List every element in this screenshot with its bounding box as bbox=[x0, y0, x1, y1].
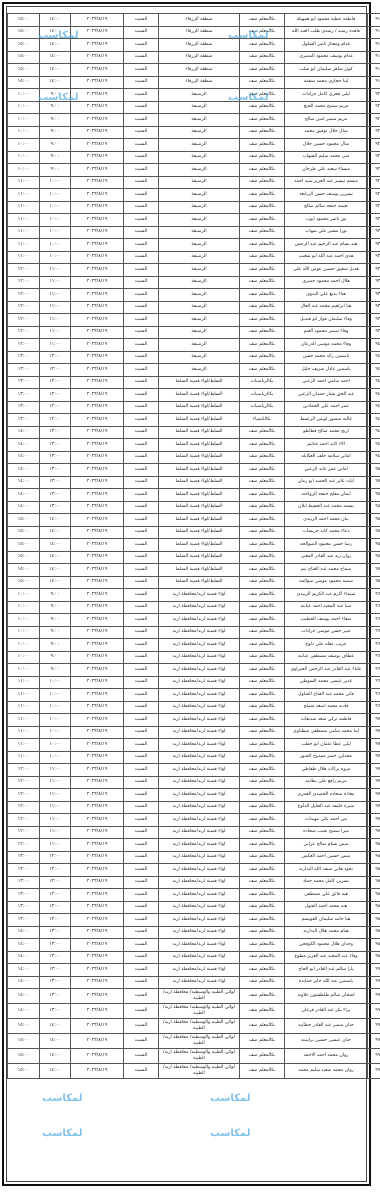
specialization-cell: بكالرياضيات bbox=[240, 389, 285, 402]
row-number-cell: ٩٣٦ bbox=[368, 289, 380, 302]
time-to-cell: ١١:٠٠ bbox=[8, 739, 40, 752]
table-row: ٩٤٢ياسمين عادل شريف خليلبكالمعلم صفالرصي… bbox=[8, 364, 380, 377]
time-to-cell: ١١:٠٠ bbox=[8, 251, 40, 264]
time-to-cell: ١٤:٠٠ bbox=[8, 439, 40, 452]
row-number-cell: ٩٥٧ bbox=[368, 551, 380, 564]
row-number-cell: ٩٣٠ bbox=[368, 214, 380, 227]
teacher-name-cell: عمر احمد علي الحمادين bbox=[285, 401, 368, 414]
specialization-cell: بكالمعلم صف bbox=[240, 151, 285, 164]
exam-date-cell: ٢٠٢٣/٨/١٩ bbox=[71, 489, 124, 502]
table-row: ٩٨١ميس حسين احمد العكشبكالمعلم صفلواء قص… bbox=[8, 851, 380, 864]
directorate-cell: الرصيفة bbox=[159, 276, 240, 289]
teacher-name-cell: ميس بسام صالح عرابي bbox=[285, 839, 368, 852]
specialization-cell: بكالمعلم صف bbox=[240, 476, 285, 489]
exam-day-cell: السبت bbox=[124, 464, 159, 477]
row-number-cell: ٩٥٩ bbox=[368, 576, 380, 589]
row-number-cell: ٩٩٣ bbox=[368, 1004, 380, 1019]
row-number-cell: ٩٤٩ bbox=[368, 451, 380, 464]
row-number-cell: ٩٦٤ bbox=[368, 639, 380, 652]
specialization-cell: بكالمعلم صف bbox=[240, 439, 285, 452]
row-number-cell: ٩٤٠ bbox=[368, 339, 380, 352]
exam-day-cell: السبت bbox=[124, 776, 159, 789]
specialization-cell: بكالمعلم صف bbox=[240, 89, 285, 102]
teacher-name-cell: ميسم تيسير عبد العزيز سيد احمد bbox=[285, 176, 368, 189]
row-number-cell: ٩١٨ bbox=[368, 64, 380, 77]
time-to-cell: ١٤:٠٠ bbox=[8, 939, 40, 952]
exam-date-cell: ٢٠٢٣/٨/١٩ bbox=[71, 226, 124, 239]
teacher-name-cell: صفاء احمد يوسف الخطيب bbox=[285, 614, 368, 627]
time-from-cell: ٩:٠٠ bbox=[40, 589, 71, 602]
directorate-cell: لواء قصبة اربد/محافظة اربد bbox=[159, 864, 240, 877]
directorate-cell: لواء قصبة اربد/محافظة اربد bbox=[159, 901, 240, 914]
row-number-cell: ٩٢١ bbox=[368, 101, 380, 114]
teacher-name-cell: بسمه محمد عبد الحفيظ ابلان bbox=[285, 501, 368, 514]
specialization-cell: بكالرياضيات bbox=[240, 376, 285, 389]
directorate-cell: السلط/لواء قصبة السلط bbox=[159, 539, 240, 552]
table-row: ٩٣٨وفاء سليمان فواز ابو قنديلبكالمعلم صف… bbox=[8, 314, 380, 327]
time-from-cell: ١٤:٠٠ bbox=[40, 526, 71, 539]
table-row: ٩٩١ياسمين عبد الله جابر حمايدهبكالمعلم ص… bbox=[8, 976, 380, 989]
time-to-cell: ١٠:٠٠ bbox=[8, 126, 40, 139]
teacher-name-cell: مجدلين خضر ممدوح الجبور bbox=[285, 751, 368, 764]
directorate-cell: الرصيفة bbox=[159, 301, 240, 314]
exam-day-cell: السبت bbox=[124, 939, 159, 952]
directorate-cell: لواء قصبة اربد/محافظة اربد bbox=[159, 851, 240, 864]
directorate-cell: لواء قصبة اربد/محافظة اربد bbox=[159, 676, 240, 689]
exam-day-cell: السبت bbox=[124, 401, 159, 414]
directorate-cell: لواء قصبة اربد/محافظة اربد bbox=[159, 601, 240, 614]
teacher-name-cell: غدام ومعتاز ناصر الشلول bbox=[285, 39, 368, 52]
exam-date-cell: ٢٠٢٣/٨/١٩ bbox=[71, 501, 124, 514]
time-from-cell: ١٤:٠٠ bbox=[40, 14, 71, 27]
row-number-cell: ٩٨٠ bbox=[368, 839, 380, 852]
table-row: ٩٤٧اريج محمد صالح قطاطوبكالمعلم صفالسلط/… bbox=[8, 426, 380, 439]
time-to-cell: ١٠:٠٠ bbox=[8, 639, 40, 652]
row-number-cell: ٩٤٣ bbox=[368, 376, 380, 389]
row-number-cell: ٩٦٨ bbox=[368, 689, 380, 702]
row-number-cell: ٩٧٧ bbox=[368, 801, 380, 814]
exam-day-cell: السبت bbox=[124, 326, 159, 339]
specialization-cell: بكالمعلم صف bbox=[240, 751, 285, 764]
exam-day-cell: السبت bbox=[124, 601, 159, 614]
time-from-cell: ١٠:٠٠ bbox=[40, 701, 71, 714]
row-number-cell: ٩٨١ bbox=[368, 851, 380, 864]
time-from-cell: ١٣:٠٠ bbox=[40, 989, 71, 1004]
row-number-cell: ٩٥٠ bbox=[368, 464, 380, 477]
row-number-cell: ٩٨٥ bbox=[368, 901, 380, 914]
specialization-cell: بكالمعلم صف bbox=[240, 101, 285, 114]
specialization-cell: بكالمعلم صف bbox=[240, 764, 285, 777]
time-from-cell: ١٣:٠٠ bbox=[40, 926, 71, 939]
table-row: ٩١٩لينا حجازي محمد شقمةبكالمعلم صفمنطقة … bbox=[8, 76, 380, 89]
specialization-cell: بكالمعلم صف bbox=[240, 1034, 285, 1049]
teacher-name-cell: نورا مشير علي شهاب bbox=[285, 226, 368, 239]
directorate-cell: لواء قصبة اربد/محافظة اربد bbox=[159, 664, 240, 677]
row-number-cell: ٩٣٨ bbox=[368, 314, 380, 327]
exam-date-cell: ٢٠٢٣/٨/١٩ bbox=[71, 1004, 124, 1019]
time-to-cell: ١٢:٠٠ bbox=[8, 839, 40, 852]
time-from-cell: ١٤:٠٠ bbox=[40, 564, 71, 577]
teacher-name-cell: نسرين كامل محمد حماد bbox=[285, 876, 368, 889]
specialization-cell: بكالمعلم صف bbox=[240, 364, 285, 377]
directorate-cell: لواء قصبة اربد/محافظة اربد bbox=[159, 926, 240, 939]
specialization-cell: بكالمعلم صف bbox=[240, 789, 285, 802]
specialization-cell: بكالمعلم صف bbox=[240, 351, 285, 364]
teacher-name-cell: عبد الحق بشار حمدان الزعبي bbox=[285, 389, 368, 402]
row-number-cell: ٩٨٤ bbox=[368, 889, 380, 902]
time-from-cell: ١٤:٠٠ bbox=[40, 551, 71, 564]
directorate-cell: منطقة الزرقاء bbox=[159, 64, 240, 77]
time-from-cell: ٩:٠٠ bbox=[40, 101, 71, 114]
table-row: ٩٩٣براء بكر عبد القادر قرعانبكالمعلم صفل… bbox=[8, 1004, 380, 1019]
teacher-name-cell: وفاء سمير محمود القيم bbox=[285, 326, 368, 339]
exam-day-cell: السبت bbox=[124, 551, 159, 564]
directorate-cell: الرصيفة bbox=[159, 339, 240, 352]
row-number-cell: ٩١٩ bbox=[368, 76, 380, 89]
exam-day-cell: السبت bbox=[124, 926, 159, 939]
exam-date-cell: ٢٠٢٣/٨/١٩ bbox=[71, 326, 124, 339]
time-to-cell: ١٢:٠٠ bbox=[8, 301, 40, 314]
specialization-cell: بكالمعلم صف bbox=[240, 814, 285, 827]
specialization-cell: بكالمعلم صف bbox=[240, 251, 285, 264]
specialization-cell: بكالمعلم صف bbox=[240, 539, 285, 552]
teacher-name-cell: اشجان سالم طلطشون علاونه bbox=[285, 989, 368, 1004]
time-to-cell: ١٣:٠٠ bbox=[8, 401, 40, 414]
directorate-cell: الرصيفة bbox=[159, 214, 240, 227]
specialization-cell: بكالمعلم صف bbox=[240, 114, 285, 127]
table-row: ٩٦٦علياء عبد القادر عبد الرحمن الحيزاويب… bbox=[8, 664, 380, 677]
teacher-name-cell: روان زيد عبد القادر المعنى bbox=[285, 551, 368, 564]
table-row: ٩٨٤هبه فائق علي مصطفىبكالمعلم صفلواء قصب… bbox=[8, 889, 380, 902]
specialization-cell: بكالمعلم صف bbox=[240, 14, 285, 27]
time-to-cell: ١٠:٠٠ bbox=[8, 651, 40, 664]
specialization-cell: بكالمعلم صف bbox=[240, 951, 285, 964]
time-to-cell: ١٥:٠٠ bbox=[8, 51, 40, 64]
row-number-cell: ٩٨٧ bbox=[368, 926, 380, 939]
time-to-cell: ١٥:٠٠ bbox=[8, 14, 40, 27]
exam-date-cell: ٢٠٢٣/٨/١٩ bbox=[71, 964, 124, 977]
exam-day-cell: السبت bbox=[124, 414, 159, 427]
row-number-cell: ٩٧٢ bbox=[368, 739, 380, 752]
exam-day-cell: السبت bbox=[124, 314, 159, 327]
directorate-cell: الرصيفة bbox=[159, 314, 240, 327]
specialization-cell: بكالمعلم صف bbox=[240, 1064, 285, 1079]
exam-date-cell: ٢٠٢٣/٨/١٩ bbox=[71, 476, 124, 489]
time-from-cell: ١٣:٠٠ bbox=[40, 439, 71, 452]
time-to-cell: ١٤:٠٠ bbox=[8, 976, 40, 989]
directorate-cell: السلط/لواء قصبة السلط bbox=[159, 551, 240, 564]
specialization-cell: بكالمعلم صف bbox=[240, 276, 285, 289]
exam-day-cell: السبت bbox=[124, 976, 159, 989]
teacher-name-cell: هبه بسام عبد الرحيم عبد الرحمن bbox=[285, 239, 368, 252]
directorate-cell: الرصيفة bbox=[159, 89, 240, 102]
specialization-cell: بكالمعلم صف bbox=[240, 51, 285, 64]
specialization-cell: بكالمعلم صف bbox=[240, 289, 285, 302]
exam-date-cell: ٢٠٢٣/٨/١٩ bbox=[71, 114, 124, 127]
row-number-cell: ٩٣٩ bbox=[368, 326, 380, 339]
teacher-name-cell: منى محمد سليم الشهاب bbox=[285, 151, 368, 164]
specialization-cell: بكالمعلم صف bbox=[240, 64, 285, 77]
exam-day-cell: السبت bbox=[124, 589, 159, 602]
time-to-cell: ١١:٠٠ bbox=[8, 226, 40, 239]
teacher-name-cell: نسرين يوسف حسن الربابعه bbox=[285, 189, 368, 202]
teacher-name-cell: اريج محمد صالح قطاطو bbox=[285, 426, 368, 439]
exam-date-cell: ٢٠٢٣/٨/١٩ bbox=[71, 726, 124, 739]
time-to-cell: ١٤:٠٠ bbox=[8, 476, 40, 489]
teacher-name-cell: منيره خليفه عبد الجليل الدلوع bbox=[285, 801, 368, 814]
exam-date-cell: ٢٠٢٣/٨/١٩ bbox=[71, 1064, 124, 1079]
exam-day-cell: السبت bbox=[124, 489, 159, 502]
table-row: ٩٤١ياسمين رائد محمد حسنبكالمعلم صفالرصيف… bbox=[8, 351, 380, 364]
time-from-cell: ١٠:٠٠ bbox=[40, 226, 71, 239]
row-number-cell: ٩٢٢ bbox=[368, 114, 380, 127]
exam-day-cell: السبت bbox=[124, 351, 159, 364]
exam-date-cell: ٢٠٢٣/٨/١٩ bbox=[71, 789, 124, 802]
specialization-cell: بكالمعلم صف bbox=[240, 526, 285, 539]
exam-date-cell: ٢٠٢٣/٨/١٩ bbox=[71, 514, 124, 527]
specialization-cell: بكالمعلم صف bbox=[240, 176, 285, 189]
time-from-cell: ١٤:٠٠ bbox=[40, 76, 71, 89]
table-row: ٩٥٩سميه محمود موسى سوالمهبكالمعلم صفالسل… bbox=[8, 576, 380, 589]
exam-day-cell: السبت bbox=[124, 901, 159, 914]
table-row: ٩٥٧روان زيد عبد القادر المعنىبكالمعلم صف… bbox=[8, 551, 380, 564]
directorate-cell: لواء قصبة اربد/محافظة اربد bbox=[159, 701, 240, 714]
specialization-cell: بكالمعلم صف bbox=[240, 664, 285, 677]
exam-day-cell: السبت bbox=[124, 26, 159, 39]
teacher-name-cell: نور ناصر محمود ايوب bbox=[285, 214, 368, 227]
table-row: ٩٧٦معاذة شحاده الحميدي العمريبكالمعلم صف… bbox=[8, 789, 380, 802]
directorate-cell: السلط/لواء قصبة السلط bbox=[159, 426, 240, 439]
directorate-cell: السلط/لواء قصبة السلط bbox=[159, 439, 240, 452]
teacher-name-cell: يارا سالم عبد القادر ابو الحاج bbox=[285, 964, 368, 977]
time-to-cell: ١٢:٠٠ bbox=[8, 764, 40, 777]
exam-date-cell: ٢٠٢٣/٨/١٩ bbox=[71, 176, 124, 189]
directorate-cell: الرصيفة bbox=[159, 326, 240, 339]
table-row: ٩٨٣نسرين كامل محمد حمادبكالمعلم صفلواء ق… bbox=[8, 876, 380, 889]
row-number-cell: ٩٦٥ bbox=[368, 651, 380, 664]
exam-date-cell: ٢٠٢٣/٨/١٩ bbox=[71, 451, 124, 464]
exam-date-cell: ٢٠٢٣/٨/١٩ bbox=[71, 601, 124, 614]
table-row: ٩٢٧ميسم تيسير عبد العزيز سيد احمدبكالمعل… bbox=[8, 176, 380, 189]
exam-day-cell: السبت bbox=[124, 876, 159, 889]
time-from-cell: ١٠:٠٠ bbox=[40, 214, 71, 227]
time-to-cell: ١١:٠٠ bbox=[8, 689, 40, 702]
exam-day-cell: السبت bbox=[124, 651, 159, 664]
time-to-cell: ١٢:٠٠ bbox=[8, 801, 40, 814]
exam-day-cell: السبت bbox=[124, 289, 159, 302]
time-from-cell: ١٤:٠٠ bbox=[40, 576, 71, 589]
exam-date-cell: ٢٠٢٣/٨/١٩ bbox=[71, 939, 124, 952]
teacher-name-cell: ليلى عطا عثمان ابو حطب bbox=[285, 739, 368, 752]
exam-date-cell: ٢٠٢٣/٨/١٩ bbox=[71, 551, 124, 564]
exam-date-cell: ٢٠٢٣/٨/١٩ bbox=[71, 76, 124, 89]
directorate-cell: لواء قصبة اربد/محافظة اربد bbox=[159, 939, 240, 952]
time-from-cell: ١٤:٠٠ bbox=[40, 1064, 71, 1079]
directorate-cell: لواء قصبة اربد/محافظة اربد bbox=[159, 626, 240, 639]
time-to-cell: ١١:٠٠ bbox=[8, 214, 40, 227]
table-row: ٩٢٨نسرين يوسف حسن الربابعهبكالمعلم صفالر… bbox=[8, 189, 380, 202]
time-from-cell: ١٢:٠٠ bbox=[40, 364, 71, 377]
row-number-cell: ٩٤٦ bbox=[368, 414, 380, 427]
specialization-cell: بكالمعلم صف bbox=[240, 214, 285, 227]
specialization-cell: بكالمعلم صف bbox=[240, 889, 285, 902]
time-to-cell: ١٤:٠٠ bbox=[8, 464, 40, 477]
time-from-cell: ١٠:٠٠ bbox=[40, 689, 71, 702]
time-to-cell: ١٤:٠٠ bbox=[8, 1004, 40, 1019]
schedule-table-body: ٩١٤فاطمه عطيه محمود ابو همهيلةبكالمعلم ص… bbox=[8, 14, 380, 1079]
time-to-cell: ١٢:٠٠ bbox=[8, 776, 40, 789]
row-number-cell: ٩٩٤ bbox=[368, 1019, 380, 1034]
exam-date-cell: ٢٠٢٣/٨/١٩ bbox=[71, 864, 124, 877]
teacher-name-cell: مي احمد علي مهيدات bbox=[285, 814, 368, 827]
row-number-cell: ٩٩٦ bbox=[368, 1049, 380, 1064]
specialization-cell: بكالمعلم صف bbox=[240, 914, 285, 927]
time-from-cell: ١٤:٠٠ bbox=[40, 539, 71, 552]
directorate-cell: لواء قصبة اربد/محافظة اربد bbox=[159, 689, 240, 702]
teacher-name-cell: منال جلال توفيق محمد bbox=[285, 126, 368, 139]
exam-day-cell: السبت bbox=[124, 639, 159, 652]
row-number-cell: ٩٥٤ bbox=[368, 514, 380, 527]
row-number-cell: ٩٥٣ bbox=[368, 501, 380, 514]
time-from-cell: ٩:٠٠ bbox=[40, 114, 71, 127]
exam-day-cell: السبت bbox=[124, 914, 159, 927]
time-from-cell: ١٤:٠٠ bbox=[40, 1034, 71, 1049]
teacher-name-cell: ياسمين عبد الله جابر حمايده bbox=[285, 976, 368, 989]
table-row: ٩٩٠يارا سالم عبد القادر ابو الحاجبكالمعل… bbox=[8, 964, 380, 977]
exam-day-cell: السبت bbox=[124, 264, 159, 277]
teacher-name-cell: روان محمد احمد الاحمد bbox=[285, 1049, 368, 1064]
exam-day-cell: السبت bbox=[124, 964, 159, 977]
time-to-cell: ١٥:٠٠ bbox=[8, 39, 40, 52]
specialization-cell: بكالمعلم صف bbox=[240, 964, 285, 977]
specialization-cell: بكالمعلم صف bbox=[240, 876, 285, 889]
specialization-cell: بكالمعلم صف bbox=[240, 626, 285, 639]
time-from-cell: ٩:٠٠ bbox=[40, 626, 71, 639]
teacher-name-cell: لينا حجازي محمد شقمة bbox=[285, 76, 368, 89]
row-number-cell: ٩٧٤ bbox=[368, 764, 380, 777]
directorate-cell: منطقة الزرقاء bbox=[159, 14, 240, 27]
teacher-name-cell: دعاء محمد كايد خريسات bbox=[285, 526, 368, 539]
time-to-cell: ١٥:٠٠ bbox=[8, 26, 40, 39]
specialization-cell: بكالكيمياء bbox=[240, 414, 285, 427]
teacher-name-cell: هبه محمد احمد القنول bbox=[285, 901, 368, 914]
exam-date-cell: ٢٠٢٣/٨/١٩ bbox=[71, 564, 124, 577]
exam-day-cell: السبت bbox=[124, 476, 159, 489]
table-row: ٩٧٨مي احمد علي مهيداتبكالمعلم صفلواء قصب… bbox=[8, 814, 380, 827]
exam-date-cell: ٢٠٢٣/٨/١٩ bbox=[71, 14, 124, 27]
time-from-cell: ١٠:٠٠ bbox=[40, 714, 71, 727]
directorate-cell: لواء قصبة اربد/محافظة اربد bbox=[159, 726, 240, 739]
directorate-cell: لواء قصبة اربد/محافظة اربد bbox=[159, 976, 240, 989]
time-to-cell: ١٠:٠٠ bbox=[8, 164, 40, 177]
exam-date-cell: ٢٠٢٣/٨/١٩ bbox=[71, 826, 124, 839]
exam-date-cell: ٢٠٢٣/٨/١٩ bbox=[71, 714, 124, 727]
teacher-name-cell: فاتن محمد عبد الفتاح الشاول bbox=[285, 689, 368, 702]
row-number-cell: ٩١٥ bbox=[368, 26, 380, 39]
exam-date-cell: ٢٠٢٣/٨/١٩ bbox=[71, 851, 124, 864]
specialization-cell: بكالمعلم صف bbox=[240, 801, 285, 814]
directorate-cell: السلط/لواء قصبة السلط bbox=[159, 501, 240, 514]
exam-date-cell: ٢٠٢٣/٨/١٩ bbox=[71, 664, 124, 677]
table-row: ٩٨٦هيا حامد سليمان القويسمبكالمعلم صفلوا… bbox=[8, 914, 380, 927]
time-to-cell: ١٢:٠٠ bbox=[8, 339, 40, 352]
exam-date-cell: ٢٠٢٣/٨/١٩ bbox=[71, 151, 124, 164]
specialization-cell: بكالمعلم صف bbox=[240, 939, 285, 952]
directorate-cell: لواء قصبة اربد/محافظة اربد bbox=[159, 951, 240, 964]
time-to-cell: ١٥:٠٠ bbox=[8, 64, 40, 77]
exam-day-cell: السبت bbox=[124, 214, 159, 227]
row-number-cell: ٩٤٤ bbox=[368, 389, 380, 402]
row-number-cell: ٩٤٧ bbox=[368, 426, 380, 439]
teacher-name-cell: حنان عيسى حسين براسنه bbox=[285, 1034, 368, 1049]
exam-day-cell: السبت bbox=[124, 1049, 159, 1064]
directorate-cell: الرصيفة bbox=[159, 226, 240, 239]
row-number-cell: ٩٩١ bbox=[368, 976, 380, 989]
specialization-cell: بكالمعلم صف bbox=[240, 339, 285, 352]
exam-day-cell: السبت bbox=[124, 189, 159, 202]
time-to-cell: ١٢:٠٠ bbox=[8, 814, 40, 827]
time-to-cell: ١٤:٠٠ bbox=[8, 964, 40, 977]
exam-day-cell: السبت bbox=[124, 951, 159, 964]
time-from-cell: ١٢:٠٠ bbox=[40, 351, 71, 364]
time-from-cell: ١٢:٠٠ bbox=[40, 864, 71, 877]
time-to-cell: ١٥:٠٠ bbox=[8, 76, 40, 89]
table-row: ٩٣١نورا مشير علي شهاببكالمعلم صفالرصيفةا… bbox=[8, 226, 380, 239]
table-row: ٩٦٨فاتن محمد عبد الفتاح الشاولبكالمعلم ص… bbox=[8, 689, 380, 702]
time-to-cell: ١٤:٠٠ bbox=[8, 489, 40, 502]
time-from-cell: ٩:٠٠ bbox=[40, 139, 71, 152]
time-to-cell: ١٣:٠٠ bbox=[8, 864, 40, 877]
table-row: ٩٥٢ايمان مفلح جمعه الرواحنهبكالمعلم صفال… bbox=[8, 489, 380, 502]
directorate-cell: الرصيفة bbox=[159, 126, 240, 139]
row-number-cell: ٩٨٨ bbox=[368, 939, 380, 952]
exam-day-cell: السبت bbox=[124, 251, 159, 264]
directorate-cell: لواء قصبة اربد/محافظة اربد bbox=[159, 914, 240, 927]
table-row: ٩٨٨وجدان هلال محمود الكوفحيبكالمعلم صفلو… bbox=[8, 939, 380, 952]
row-number-cell: ٩٣٢ bbox=[368, 239, 380, 252]
row-number-cell: ٩٩٧ bbox=[368, 1064, 380, 1079]
time-from-cell: ١٣:٠٠ bbox=[40, 489, 71, 502]
specialization-cell: بكالمعلم صف bbox=[240, 326, 285, 339]
time-from-cell: ١٤:٠٠ bbox=[40, 39, 71, 52]
table-row: ٩٦٧غدير عيسى محمد السوطيبكالمعلم صفلواء … bbox=[8, 676, 380, 689]
row-number-cell: ٩٨٩ bbox=[368, 951, 380, 964]
directorate-cell: السلط/لواء قصبة السلط bbox=[159, 489, 240, 502]
row-number-cell: ٩٩٢ bbox=[368, 989, 380, 1004]
exam-date-cell: ٢٠٢٣/٨/١٩ bbox=[71, 101, 124, 114]
directorate-cell: لواء قصبة اربد/محافظة اربد bbox=[159, 614, 240, 627]
row-number-cell: ٩٥٥ bbox=[368, 526, 380, 539]
exam-day-cell: السبت bbox=[124, 889, 159, 902]
specialization-cell: بكالمعلم صف bbox=[240, 651, 285, 664]
row-number-cell: ٩٢٠ bbox=[368, 89, 380, 102]
directorate-cell: لواء قصبة اربد/محافظة اربد bbox=[159, 776, 240, 789]
directorate-cell: السلط/لواء قصبة السلط bbox=[159, 564, 240, 577]
row-number-cell: ٩٦٩ bbox=[368, 701, 380, 714]
exam-date-cell: ٢٠٢٣/٨/١٩ bbox=[71, 1019, 124, 1034]
time-to-cell: ١٤:٠٠ bbox=[8, 989, 40, 1004]
table-row: ٩٩٢اشجان سالم طلطشون علاونهبكالمعلم صفلو… bbox=[8, 989, 380, 1004]
time-to-cell: ١٥:٠٠ bbox=[8, 1064, 40, 1079]
specialization-cell: بكالمعلم صف bbox=[240, 739, 285, 752]
exam-day-cell: السبت bbox=[124, 1004, 159, 1019]
time-from-cell: ١٣:٠٠ bbox=[40, 1004, 71, 1019]
exam-date-cell: ٢٠٢٣/٨/١٩ bbox=[71, 539, 124, 552]
time-from-cell: ١١:٠٠ bbox=[40, 264, 71, 277]
time-to-cell: ١٣:٠٠ bbox=[8, 851, 40, 864]
table-row: ٩٦٠شيماء اكرم عبد الكريم الزبيديبكالمعلم… bbox=[8, 589, 380, 602]
exam-date-cell: ٢٠٢٣/٨/١٩ bbox=[71, 889, 124, 902]
